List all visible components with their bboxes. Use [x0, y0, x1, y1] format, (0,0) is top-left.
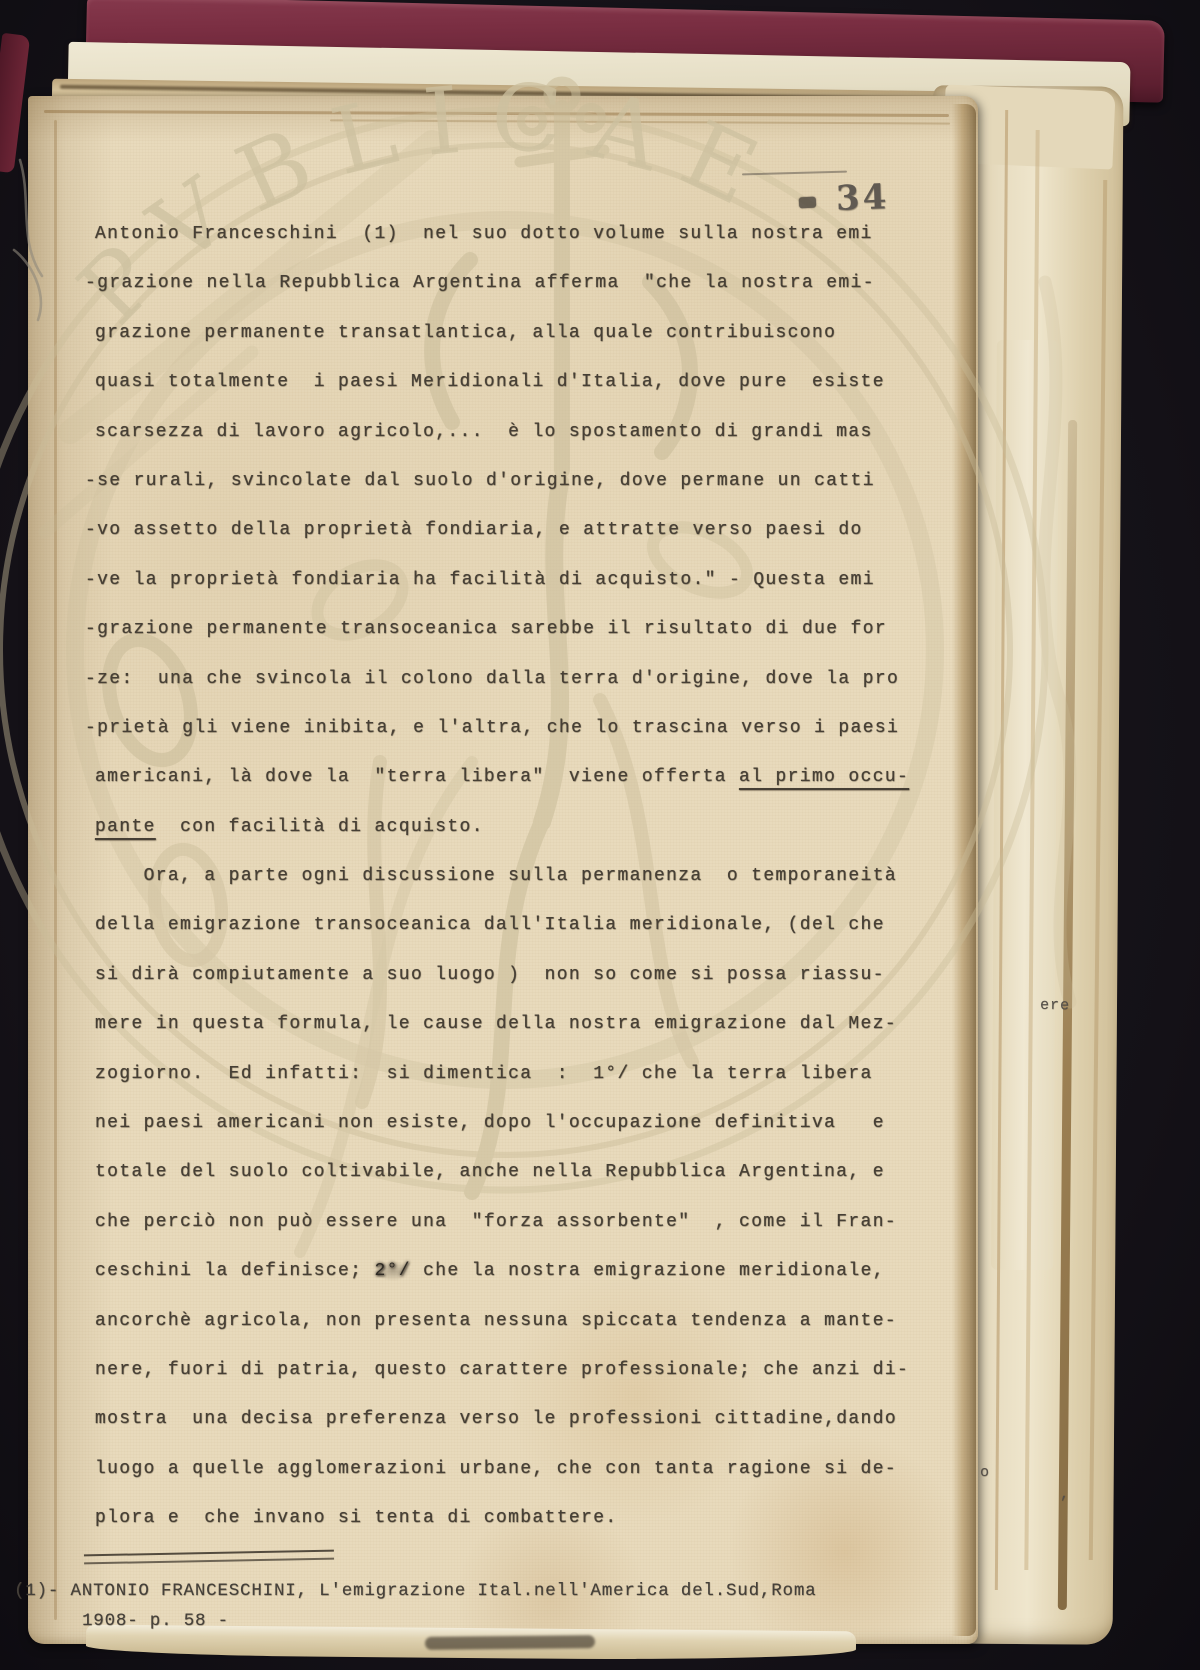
- text-line: quasi totalmente i paesi Meridionali d'I…: [95, 358, 925, 407]
- pencil-mark: [0, 130, 80, 350]
- text-line: totale del suolo coltivabile, anche nell…: [95, 1148, 925, 1197]
- text-line: nei paesi americani non esiste, dopo l'o…: [95, 1099, 925, 1148]
- text-line: -grazione permanente transoceanica sareb…: [85, 605, 925, 654]
- text-line: plora e che invano si tenta di combatter…: [95, 1494, 925, 1543]
- ink-smudge: [425, 1635, 595, 1650]
- text-line: -se rurali, svincolate dal suolo d'origi…: [85, 457, 925, 506]
- text-line: si dirà compiutamente a suo luogo ) non …: [95, 951, 925, 1000]
- text-line: -vo assetto della proprietà fondiaria, e…: [85, 506, 925, 555]
- text-line: della emigrazione transoceanica dall'Ita…: [95, 901, 925, 950]
- text-line: ceschini la definisce; 2°/ che la nostra…: [95, 1247, 925, 1296]
- text-line: scarsezza di lavoro agricolo,... è lo sp…: [95, 408, 925, 457]
- footnote: (1)- ANTONIO FRANCESCHINI, L'emigrazione…: [14, 1576, 934, 1636]
- text-line: Ora, a parte ogni discussione sulla perm…: [95, 852, 925, 901]
- text-line: -grazione nella Repubblica Argentina aff…: [85, 259, 925, 308]
- text-line: zogiorno. Ed infatti: si dimentica : 1°/…: [95, 1050, 925, 1099]
- edge-text-fragment: ,: [1060, 1486, 1070, 1503]
- text-line: mostra una decisa preferenza verso le pr…: [95, 1395, 925, 1444]
- text-line: pante con facilità di acquisto.: [95, 803, 925, 852]
- text-line: grazione permanente transatlantica, alla…: [95, 309, 925, 358]
- page-right-edge: [952, 104, 976, 1636]
- text-line: -prietà gli viene inibita, e l'altra, ch…: [85, 704, 925, 753]
- text-line: -ve la proprietà fondiaria ha facilità d…: [85, 556, 925, 605]
- scanned-book-photo: { "scan": { "page_number": "34", "waterm…: [0, 0, 1200, 1670]
- text-line: che perciò non può essere una "forza ass…: [95, 1198, 925, 1247]
- ink-blot: [799, 197, 817, 209]
- text-line: nere, fuori di patria, questo carattere …: [95, 1346, 925, 1395]
- text-line: Antonio Franceschini (1) nel suo dotto v…: [95, 210, 925, 259]
- text-line: mere in questa formula, le cause della n…: [95, 1000, 925, 1049]
- text-line: luogo a quelle agglomerazioni urbane, ch…: [95, 1445, 925, 1494]
- text-line: americani, là dove la "terra libera" vie…: [95, 753, 925, 802]
- edge-text-fragment: o: [980, 1464, 990, 1481]
- edge-text-fragment: ere: [1040, 997, 1070, 1015]
- footnote-line: (1)- ANTONIO FRANCESCHINI, L'emigrazione…: [14, 1576, 934, 1606]
- footnote-line: 1908- p. 58 -: [14, 1606, 934, 1636]
- text-line: -ze: una che svincola il colono dalla te…: [85, 655, 925, 704]
- typewritten-text: Antonio Franceschini (1) nel suo dotto v…: [95, 210, 925, 1544]
- text-line: ancorchè agricola, non presenta nessuna …: [95, 1297, 925, 1346]
